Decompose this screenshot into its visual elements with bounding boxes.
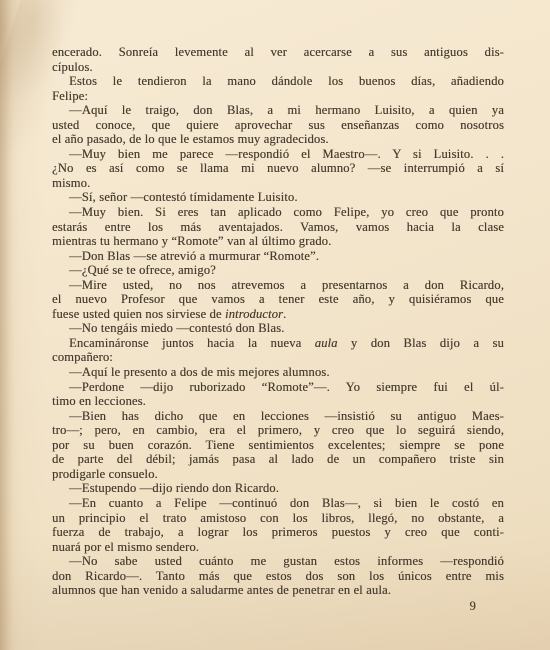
text-line: mismo.	[52, 176, 504, 191]
text-line: —¿Qué se te ofrece, amigo?	[52, 263, 504, 278]
text-line: —Muy bien. Si eres tan aplicado como Fel…	[52, 205, 504, 220]
text-line: de parte del débil; jamás pasa al lado d…	[52, 452, 504, 467]
text-line: usted conoce, que quiere aprovechar sus …	[52, 118, 504, 133]
text-line: el nuevo Profesor que vamos a tener este…	[52, 292, 504, 307]
text-line: —Mire usted, no nos atrevemos a presenta…	[52, 278, 504, 293]
text-line: —Sí, señor —contestó tímidamente Luisito…	[52, 190, 504, 205]
text-line: tro—; pero, en cambio, era el primero, y…	[52, 423, 504, 438]
text-line: —Aquí le presento a dos de mis mejores a…	[52, 365, 504, 380]
text-line: Felipe:	[52, 89, 504, 104]
text-line: —No sabe usted cuánto me gustan estos in…	[52, 554, 504, 569]
text-line: cípulos.	[52, 60, 504, 75]
text-line: don Ricardo—. Tanto más que estos dos so…	[52, 569, 504, 584]
text-line: encerado. Sonreía levemente al ver acerc…	[52, 45, 504, 60]
text-line: —Estupendo —dijo riendo don Ricardo.	[52, 481, 504, 496]
text-line: —Aquí le traigo, don Blas, a mi hermano …	[52, 103, 504, 118]
text-line: compañero:	[52, 350, 504, 365]
page-number: 9	[436, 599, 476, 614]
text-line: fuerza de trabajo, a lograr los primeros…	[52, 525, 504, 540]
text-line: —En cuanto a Felipe —continuó don Blas—,…	[52, 496, 504, 511]
text-line: prodigarle consuelo.	[52, 467, 504, 482]
text-line: timo en lecciones.	[52, 394, 504, 409]
page-edge-shading	[0, 0, 14, 650]
text-line: ¿No es así como se llama mi nuevo alumno…	[52, 161, 504, 176]
text-line: Estos le tendieron la mano dándole los b…	[52, 74, 504, 89]
text-line: por su buen corazón. Tiene sentimientos …	[52, 438, 504, 453]
text-line: —No tengáis miedo —contestó don Blas.	[52, 321, 504, 336]
text-line: Encamináronse juntos hacia la nueva aula…	[52, 336, 504, 351]
text-line: estarás entre los más aventajados. Vamos…	[52, 220, 504, 235]
text-line: —Muy bien me parece —respondió el Maestr…	[52, 147, 504, 162]
text-line: —Bien has dicho que en lecciones —insist…	[52, 409, 504, 424]
text-line: alumnos que han venido a saludarme antes…	[52, 583, 504, 598]
text-line: —Don Blas —se atrevió a murmurar “Romote…	[52, 249, 504, 264]
text-line: nuará por el mismo sendero.	[52, 540, 504, 555]
text-line: un principio el trato amistoso con los l…	[52, 511, 504, 526]
page-text: encerado. Sonreía levemente al ver acerc…	[52, 45, 504, 598]
text-line: mientras tu hermano y “Romote” van al úl…	[52, 234, 504, 249]
text-line: el año pasado, de lo que le estamos muy …	[52, 132, 504, 147]
book-page: encerado. Sonreía levemente al ver acerc…	[0, 0, 550, 650]
text-line: —Perdone —dijo ruborizado “Romote”—. Yo …	[52, 380, 504, 395]
text-line: fuese usted quien nos sirviese de introd…	[52, 307, 504, 322]
